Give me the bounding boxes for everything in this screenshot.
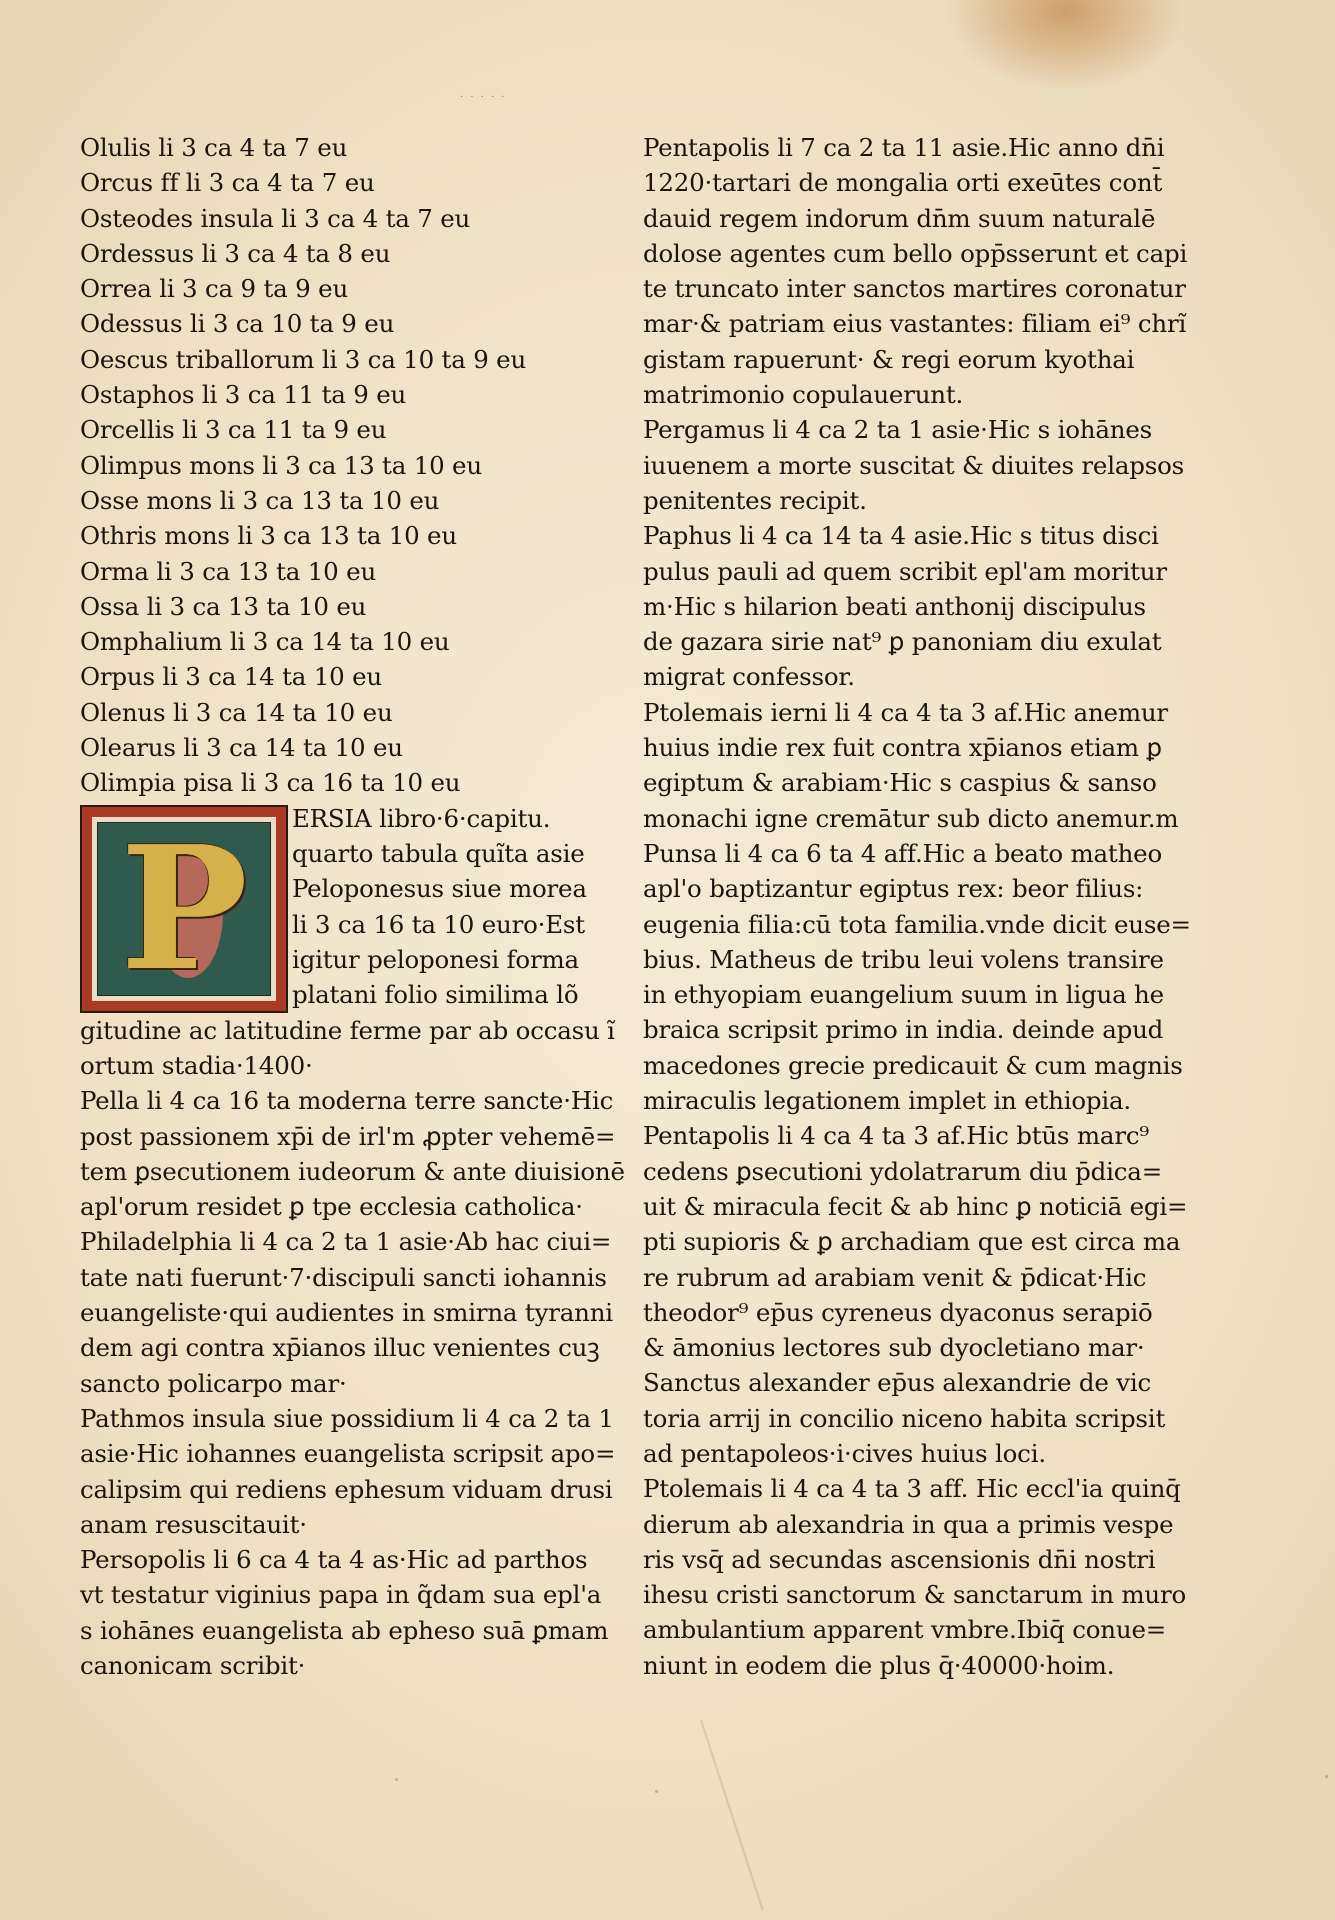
index-line: Ostaphos li 3 ca 11 ta 9 eu [80, 377, 560, 412]
text-line: iuuenem a morte suscitat & diuites relap… [643, 448, 1143, 483]
text-line: tate nati fuerunt·7·discipuli sancti ioh… [80, 1260, 560, 1295]
index-list: Olulis li 3 ca 4 ta 7 eu Orcus ff li 3 c… [80, 130, 560, 801]
text-line: dem agi contra xp̄ianos illuc venientes … [80, 1330, 560, 1365]
index-line: Orma li 3 ca 13 ta 10 eu [80, 554, 560, 589]
text-line: calipsim qui rediens ephesum viduam drus… [80, 1472, 560, 1507]
paper-speck [655, 1790, 658, 1793]
text-line: Sanctus alexander ep̄us alexandrie de vi… [643, 1365, 1143, 1400]
text-line: li 3 ca 16 ta 10 euro·Est [292, 907, 587, 942]
text-line: ortum stadia·1400· [80, 1048, 560, 1083]
text-line: monachi igne cremātur sub dicto anemur.m [643, 801, 1143, 836]
text-line: Paphus li 4 ca 14 ta 4 asie.Hic s titus … [643, 518, 1143, 553]
text-line: matrimonio copulauerunt. [643, 377, 1143, 412]
text-line: anam resuscitauit· [80, 1507, 560, 1542]
text-line: eugenia filia:cū tota familia.vnde dicit… [643, 907, 1143, 942]
right-column: Pentapolis li 7 ca 2 ta 11 asie.Hic anno… [643, 130, 1143, 1683]
text-line: bius. Matheus de tribu leui volens trans… [643, 942, 1143, 977]
top-mark: · · · · · [460, 92, 507, 103]
text-line: m·Hic s hilarion beati anthonij discipul… [643, 589, 1143, 624]
text-line: platani folio similima lõ [292, 977, 587, 1012]
index-line: Omphalium li 3 ca 14 ta 10 eu [80, 624, 560, 659]
text-line: braica scripsit primo in india. deinde a… [643, 1012, 1143, 1047]
text-line: re rubrum ad arabiam venit & p̄dicat·Hic [643, 1260, 1143, 1295]
text-line: Pentapolis li 7 ca 2 ta 11 asie.Hic anno… [643, 130, 1143, 165]
text-line: toria arrij in concilio niceno habita sc… [643, 1401, 1143, 1436]
persia-section-opening: P ERSIA libro·6·capitu. quarto tabula qu… [80, 801, 560, 1013]
text-line: quarto tabula quĩta asie [292, 836, 587, 871]
text-line: Pentapolis li 4 ca 4 ta 3 af.Hic btūs ma… [643, 1118, 1143, 1153]
text-line: ad pentapoleos·i·cives huius loci. [643, 1436, 1143, 1471]
index-line: Osteodes insula li 3 ca 4 ta 7 eu [80, 201, 560, 236]
paper-speck [395, 1778, 398, 1781]
text-line: Pathmos insula siue possidium li 4 ca 2 … [80, 1401, 560, 1436]
index-line: Olearus li 3 ca 14 ta 10 eu [80, 730, 560, 765]
index-line: Orcus ff li 3 ca 4 ta 7 eu [80, 165, 560, 200]
decorated-initial: P [80, 805, 288, 1013]
text-line: huius indie rex fuit contra xp̄ianos eti… [643, 730, 1143, 765]
index-line: Othris mons li 3 ca 13 ta 10 eu [80, 518, 560, 553]
text-line: apl'o baptizantur egiptus rex: beor fili… [643, 871, 1143, 906]
text-line: dierum ab alexandria in qua a primis ves… [643, 1507, 1143, 1542]
text-line: Ptolemais ierni li 4 ca 4 ta 3 af.Hic an… [643, 695, 1143, 730]
text-line: Philadelphia li 4 ca 2 ta 1 asie·Ab hac … [80, 1224, 560, 1259]
index-line: Odessus li 3 ca 10 ta 9 eu [80, 306, 560, 341]
text-line: asie·Hic iohannes euangelista scripsit a… [80, 1436, 560, 1471]
text-line: theodor⁹ ep̄us cyreneus dyaconus serapiō [643, 1295, 1143, 1330]
text-line: ris vsq̄ ad secundas ascensionis dn̄i no… [643, 1542, 1143, 1577]
text-line: ambulantium apparent vmbre.Ibiq̄ conue= [643, 1612, 1143, 1647]
text-line: canonicam scribit· [80, 1648, 560, 1683]
text-line: miraculis legationem implet in ethiopia. [643, 1083, 1143, 1118]
index-line: Osse mons li 3 ca 13 ta 10 eu [80, 483, 560, 518]
text-line: Pergamus li 4 ca 2 ta 1 asie·Hic s iohān… [643, 412, 1143, 447]
text-line: migrat confessor. [643, 659, 1143, 694]
text-line: pulus pauli ad quem scribit epl'am morit… [643, 554, 1143, 589]
index-line: Olimpus mons li 3 ca 13 ta 10 eu [80, 448, 560, 483]
index-line: Orcellis li 3 ca 11 ta 9 eu [80, 412, 560, 447]
text-line: dolose agentes cum bello opp̄sserunt et … [643, 236, 1143, 271]
text-line: ihesu cristi sanctorum & sanctarum in mu… [643, 1577, 1143, 1612]
index-line: Olimpia pisa li 3 ca 16 ta 10 eu [80, 765, 560, 800]
text-line: Ptolemais li 4 ca 4 ta 3 aff. Hic eccl'i… [643, 1471, 1143, 1506]
initial-adjacent-text: ERSIA libro·6·capitu. quarto tabula quĩt… [292, 801, 587, 1013]
text-line: vt testatur viginius papa in q̃dam sua e… [80, 1577, 560, 1612]
text-line: dauid regem indorum dn̄m suum naturalē [643, 201, 1143, 236]
text-line: Pella li 4 ca 16 ta moderna terre sancte… [80, 1083, 560, 1118]
text-line: in ethyopiam euangelium suum in ligua he [643, 977, 1143, 1012]
index-line: Olulis li 3 ca 4 ta 7 eu [80, 130, 560, 165]
text-line: penitentes recipit. [643, 483, 1143, 518]
text-line: pti supioris & ꝑ archadiam que est circa… [643, 1224, 1143, 1259]
text-line: niunt in eodem die plus q̄·40000·hoim. [643, 1648, 1143, 1683]
index-line: Orpus li 3 ca 14 ta 10 eu [80, 659, 560, 694]
text-line: te truncato inter sanctos martires coron… [643, 271, 1143, 306]
text-line: post passionem xp̄i de irl'm ꝓpter vehem… [80, 1119, 560, 1154]
text-line: igitur peloponesi forma [292, 942, 587, 977]
text-line: apl'orum residet ꝑ tpe ecclesia catholic… [80, 1189, 560, 1224]
index-line: Ossa li 3 ca 13 ta 10 eu [80, 589, 560, 624]
text-line: egiptum & arabiam·Hic s caspius & sanso [643, 765, 1143, 800]
text-line: Persopolis li 6 ca 4 ta 4 as·Hic ad part… [80, 1542, 560, 1577]
text-line: euangeliste·qui audientes in smirna tyra… [80, 1295, 560, 1330]
text-line: gitudine ac latitudine ferme par ab occa… [80, 1013, 560, 1048]
text-line: & āmonius lectores sub dyocletiano mar· [643, 1330, 1143, 1365]
left-column: Olulis li 3 ca 4 ta 7 eu Orcus ff li 3 c… [80, 130, 560, 1683]
index-line: Olenus li 3 ca 14 ta 10 eu [80, 695, 560, 730]
text-line: macedones grecie predicauit & cum magnis [643, 1048, 1143, 1083]
text-line: 1220·tartari de mongalia orti exeūtes co… [643, 165, 1143, 200]
text-line: ERSIA libro·6·capitu. [292, 801, 587, 836]
left-body-text: gitudine ac latitudine ferme par ab occa… [80, 1013, 560, 1684]
index-line: Oescus triballorum li 3 ca 10 ta 9 eu [80, 342, 560, 377]
text-line: sancto policarpo mar· [80, 1366, 560, 1401]
text-line: de gazara sirie nat⁹ ꝑ panoniam diu exul… [643, 624, 1143, 659]
text-line: tem ꝑsecutionem iudeorum & ante diuision… [80, 1154, 560, 1189]
index-line: Ordessus li 3 ca 4 ta 8 eu [80, 236, 560, 271]
text-line: cedens ꝑsecutioni ydolatrarum diu p̄dica… [643, 1154, 1143, 1189]
initial-letter: P [120, 824, 248, 994]
text-line: uit & miracula fecit & ab hinc ꝑ noticiā… [643, 1189, 1143, 1224]
text-line: s iohānes euangelista ab epheso suā ꝑmam [80, 1613, 560, 1648]
text-line: Punsa li 4 ca 6 ta 4 aff.Hic a beato mat… [643, 836, 1143, 871]
paper-speck [1325, 1775, 1328, 1778]
text-line: Peloponesus siue morea [292, 871, 587, 906]
index-line: Orrea li 3 ca 9 ta 9 eu [80, 271, 560, 306]
text-line: mar·& patriam eius vastantes: filiam ei⁹… [643, 306, 1143, 341]
text-line: gistam rapuerunt· & regi eorum kyothai [643, 342, 1143, 377]
